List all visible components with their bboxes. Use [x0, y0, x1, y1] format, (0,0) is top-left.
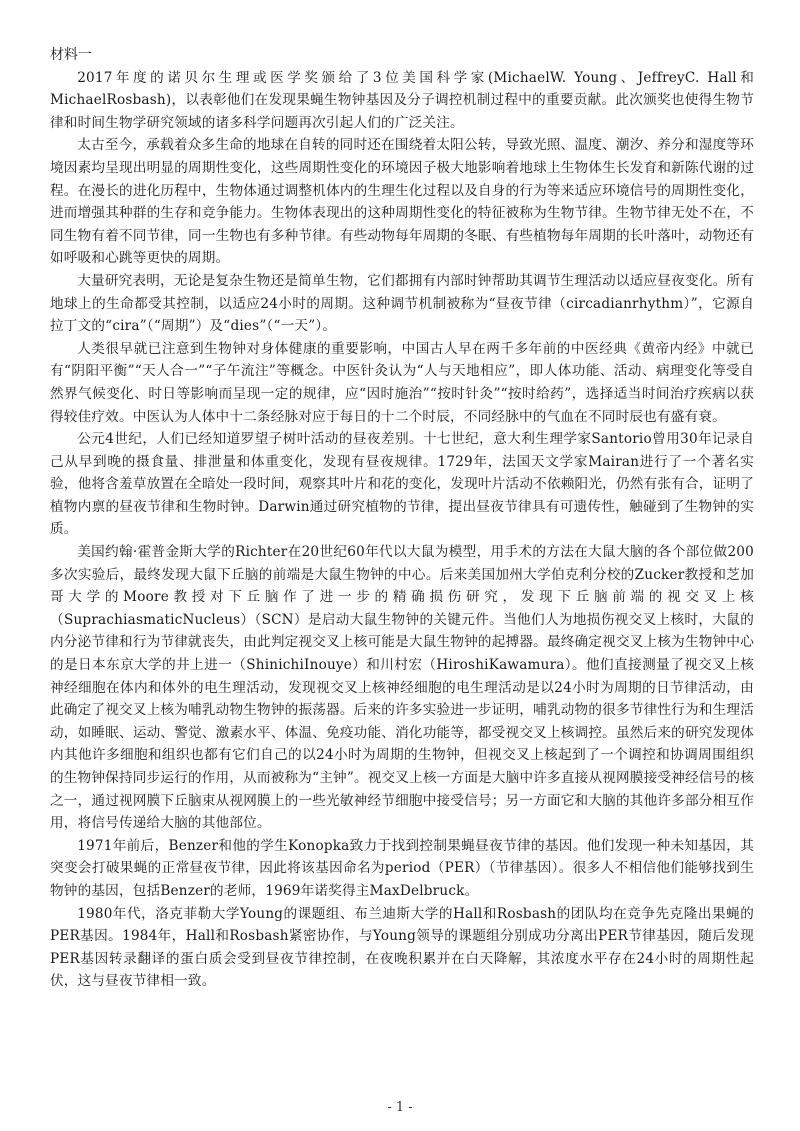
- section-heading: 材料一: [50, 44, 754, 67]
- paragraph-per-cloning: 1980年代，洛克菲勒大学Young的课题组、布兰迪斯大学的Hall和Rosba…: [50, 903, 754, 993]
- paragraph-history: 公元4世纪，人们已经知道罗望子树叶活动的昼夜差别。十七世纪，意大利生理学家San…: [50, 428, 754, 541]
- paragraph-period-gene: 1971年前后，Benzer和他的学生Konopka致力于找到控制果蝇昼夜节律的…: [50, 835, 754, 903]
- paragraph-chinese-medicine: 人类很早就已注意到生物钟对身体健康的重要影响，中国古人早在两千多年前的中医经典《…: [50, 338, 754, 428]
- paragraph-scn-research: 美国约翰·霍普金斯大学的Richter在20世纪60年代以大鼠为模型，用手术的方…: [50, 541, 754, 835]
- page-number: - 1 -: [0, 1100, 800, 1115]
- paragraph-circadian-rhythm: 大量研究表明，无论是复杂生物还是简单生物，它们都拥有内部时钟帮助其调节生理活动以…: [50, 270, 754, 338]
- paragraph-nobel-prize: 2017年度的诺贝尔生理或医学奖颁给了3位美国科学家(MichaelW. You…: [50, 67, 754, 135]
- paragraph-biological-rhythm: 太古至今，承载着众多生命的地球在自转的同时还在围绕着太阳公转，导致光照、温度、潮…: [50, 134, 754, 270]
- document-page: 材料一 2017年度的诺贝尔生理或医学奖颁给了3位美国科学家(MichaelW.…: [50, 44, 754, 993]
